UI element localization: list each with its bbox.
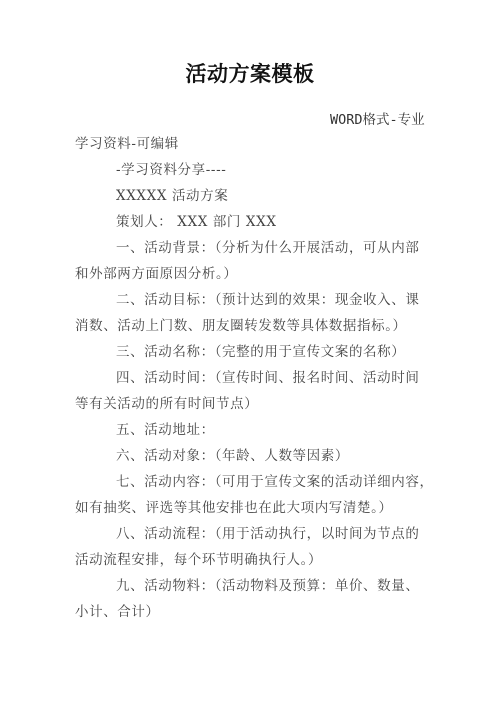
body-line: 三、活动名称：（完整的用于宣传文案的名称） bbox=[116, 340, 405, 360]
body-line: 八、活动流程：（用于活动执行，以时间为节点的 bbox=[116, 522, 419, 542]
body-line: 消数、活动上门数、朋友圈转发数等具体数据指标。） bbox=[75, 314, 407, 334]
format-tag: WORD格式-专业 bbox=[330, 108, 425, 128]
body-line: 小计、合计） bbox=[75, 600, 160, 620]
body-line: 七、活动内容：（可用于宣传文案的活动详细内容， bbox=[116, 470, 434, 490]
body-line: 活动流程安排，每个环节明确执行人。） bbox=[75, 548, 322, 568]
body-line: 九、活动物料：（活动物料及预算：单价、数量、 bbox=[116, 574, 419, 594]
body-line: 五、活动地址： bbox=[116, 418, 215, 438]
body-line: 六、活动对象：（年龄、人数等因素） bbox=[116, 444, 349, 464]
body-line: 一、活动背景：（分析为什么开展活动，可从内部 bbox=[116, 236, 419, 256]
body-line: XXXXX 活动方案 bbox=[116, 184, 228, 204]
body-line: 策划人： XXX 部门 XXX bbox=[116, 210, 277, 230]
document-page: 活动方案模板 WORD格式-专业 学习资料-可编辑-学习资料分享----XXXX… bbox=[0, 0, 500, 708]
body-line: 等有关活动的所有时间节点） bbox=[75, 392, 258, 412]
body-line: -学习资料分享---- bbox=[116, 158, 226, 178]
body-line: 和外部两方面原因分析。） bbox=[75, 262, 237, 282]
document-title: 活动方案模板 bbox=[0, 58, 500, 88]
body-line: 二、活动目标：（预计达到的效果：现金收入、课 bbox=[116, 288, 419, 308]
body-line: 如有抽奖、评选等其他安排也在此大项内写清楚。） bbox=[75, 496, 393, 516]
body-line: 四、活动时间：（宣传时间、报名时间、活动时间 bbox=[116, 366, 419, 386]
body-line: 学习资料-可编辑 bbox=[75, 132, 179, 152]
